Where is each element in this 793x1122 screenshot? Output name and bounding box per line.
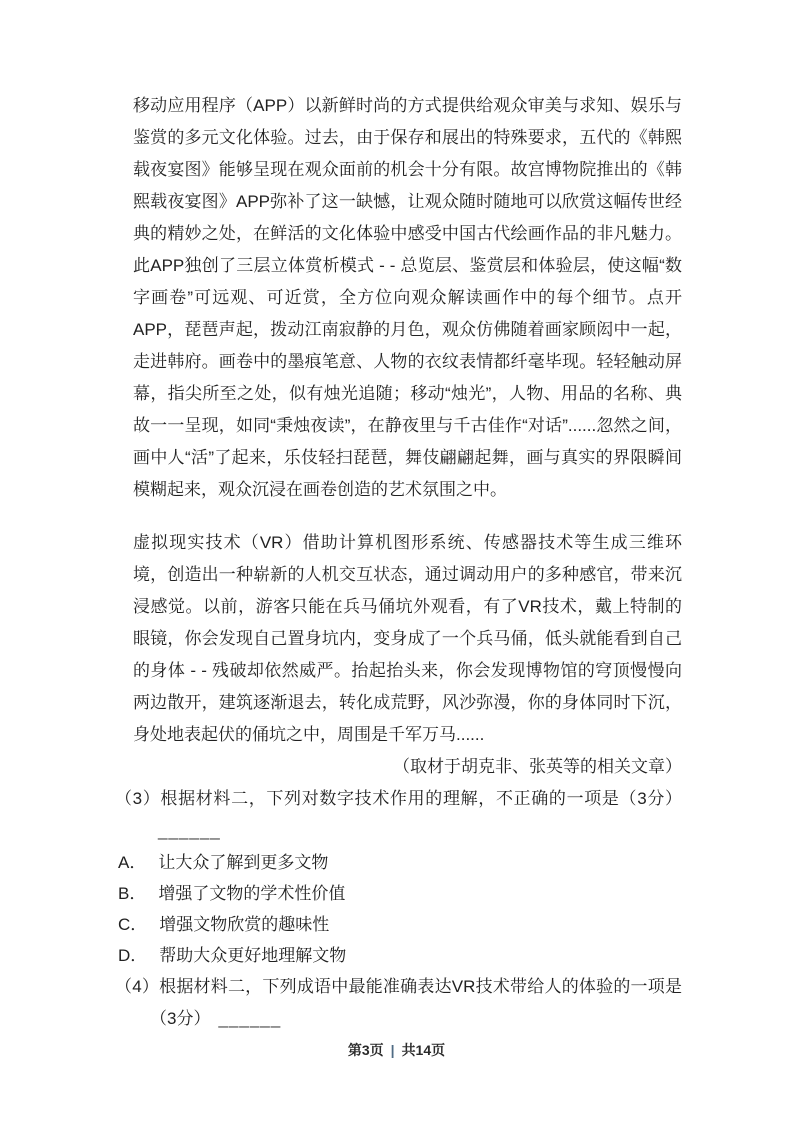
question-4-stem: （4）根据材料二，下列成语中最能准确表达VR技术带给人的体验的一项是（3分） bbox=[115, 977, 682, 1028]
option-text-c: 增强文物欣赏的趣味性 bbox=[159, 915, 329, 934]
footer-separator: | bbox=[391, 1042, 395, 1058]
material-paragraph-vr: 虚拟现实技术（VR）借助计算机图形系统、传感器技术等生成三维环境，创造出一种崭新… bbox=[133, 527, 682, 751]
material-paragraph-app: 移动应用程序（APP）以新鲜时尚的方式提供给观众审美与求知、娱乐与鉴赏的多元文化… bbox=[133, 90, 682, 506]
question-4: （4）根据材料二，下列成语中最能准确表达VR技术带给人的体验的一项是（3分）__… bbox=[115, 971, 682, 1035]
option-text-d: 帮助大众更好地理解文物 bbox=[159, 946, 346, 965]
option-text-a: 让大众了解到更多文物 bbox=[158, 853, 328, 872]
footer-page-number: 第3页 bbox=[348, 1042, 384, 1058]
exam-document-page: 移动应用程序（APP）以新鲜时尚的方式提供给观众审美与求知、娱乐与鉴赏的多元文化… bbox=[0, 0, 793, 1122]
question-3: （3）根据材料二，下列对数字技术作用的理解，不正确的一项是（3分）______ bbox=[115, 783, 682, 847]
question-3-answer-blank: ______ bbox=[158, 821, 221, 840]
option-row-a: A．让大众了解到更多文物 bbox=[115, 847, 682, 878]
footer-page-total: 共14页 bbox=[402, 1042, 446, 1058]
option-row-d: D．帮助大众更好地理解文物 bbox=[115, 940, 682, 971]
source-attribution: （取材于胡克非、张英等的相关文章） bbox=[115, 751, 682, 783]
option-row-c: C．增强文物欣赏的趣味性 bbox=[115, 909, 682, 940]
question-3-options: A．让大众了解到更多文物 B．增强了文物的学术性价值 C．增强文物欣赏的趣味性 … bbox=[115, 847, 682, 971]
option-letter-a: A． bbox=[118, 847, 146, 878]
question-3-stem: （3）根据材料二，下列对数字技术作用的理解，不正确的一项是（3分） bbox=[115, 789, 682, 808]
page-footer: 第3页|共14页 bbox=[0, 1040, 793, 1060]
document-body: 移动应用程序（APP）以新鲜时尚的方式提供给观众审美与求知、娱乐与鉴赏的多元文化… bbox=[115, 90, 682, 1035]
option-letter-d: D． bbox=[118, 940, 147, 971]
option-letter-b: B． bbox=[118, 878, 146, 909]
option-text-b: 增强了文物的学术性价值 bbox=[158, 884, 345, 903]
question-4-answer-blank: ______ bbox=[218, 1009, 281, 1028]
option-row-b: B．增强了文物的学术性价值 bbox=[115, 878, 682, 909]
option-letter-c: C． bbox=[118, 909, 147, 940]
